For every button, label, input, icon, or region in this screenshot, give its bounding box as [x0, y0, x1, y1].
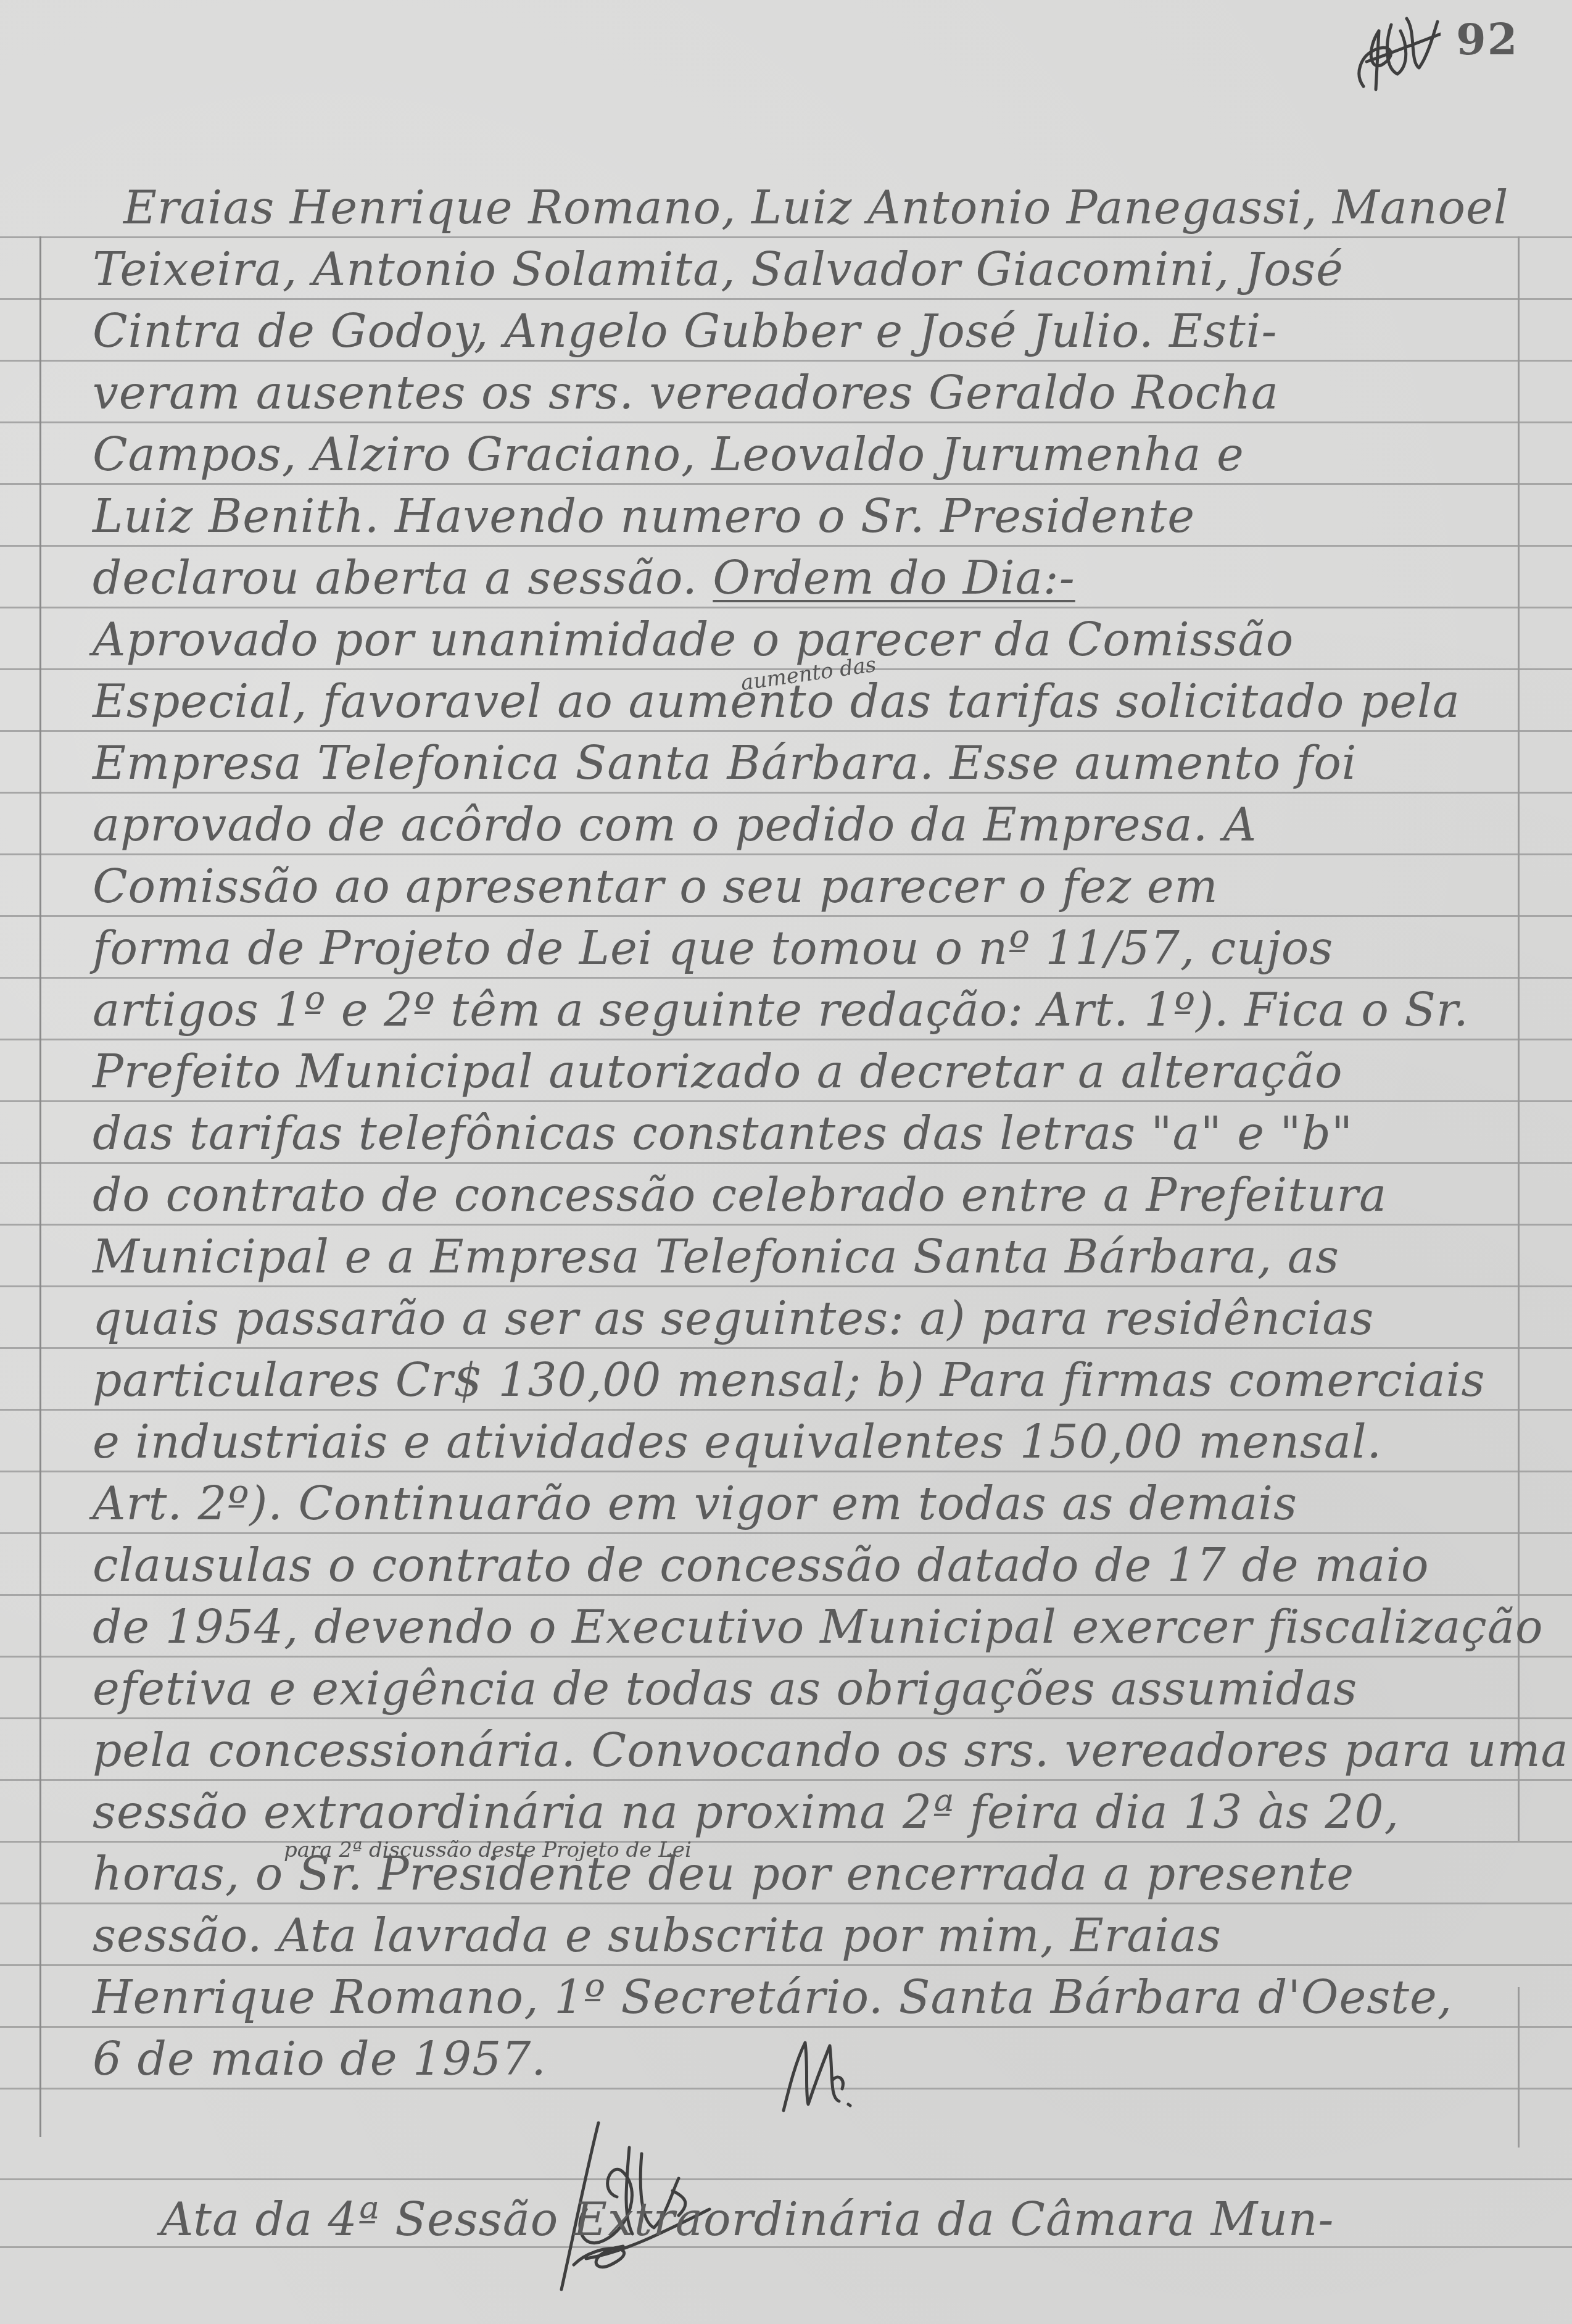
text-line-23: clausulas o contrato de concessão datado… — [93, 1543, 1512, 1588]
text-line-29: sessão. Ata lavrada e subscrita por mim,… — [93, 1913, 1512, 1959]
left-margin-line — [39, 236, 41, 2137]
text-line-20: particulares Cr$ 130,00 mensal; b) Para … — [93, 1358, 1512, 1403]
ruled-line — [0, 1532, 1572, 1534]
text-line-30: Henrique Romano, 1º Secretário. Santa Bá… — [93, 1975, 1512, 2020]
ruled-line — [0, 1471, 1572, 1472]
ruled-line — [0, 1779, 1572, 1781]
ruled-line — [0, 1964, 1572, 1966]
text-line-12: Comissão ao apresentar o seu parecer o f… — [93, 864, 1512, 910]
text-line-14: artigos 1º e 2º têm a seguinte redação: … — [93, 987, 1512, 1033]
text-line-9: Especial, favoravel ao aumento das tarif… — [93, 679, 1512, 724]
text-line-4: veram ausentes os srs. vereadores Gerald… — [93, 370, 1512, 416]
section-heading: Ordem do Dia:- — [713, 552, 1075, 605]
text-line-10: Empresa Telefonica Santa Bárbara. Esse a… — [93, 741, 1512, 786]
text-line-15: Prefeito Municipal autorizado a decretar… — [93, 1049, 1512, 1095]
text-line-5: Campos, Alziro Graciano, Leovaldo Jurume… — [93, 432, 1512, 478]
ruled-line — [0, 607, 1572, 608]
text-line-19: quais passarão a ser as seguintes: a) pa… — [93, 1296, 1512, 1342]
ruled-line — [0, 853, 1572, 855]
ruled-line — [0, 977, 1572, 979]
document-page: 92 aumento das Eraias Henrique Romano, L… — [0, 0, 1572, 2324]
ruled-line — [0, 1841, 1572, 1843]
ruled-line — [0, 2026, 1572, 2028]
text-line-21: e industriais e atividades equivalentes … — [93, 1419, 1512, 1465]
ruled-line — [0, 545, 1572, 547]
text-line-13: forma de Projeto de Lei que tomou o nº 1… — [93, 926, 1512, 971]
initials-after-date-icon — [771, 2030, 858, 2117]
ruled-line — [0, 1717, 1572, 1719]
text-line-6: Luiz Benith. Havendo numero o Sr. Presid… — [93, 494, 1512, 539]
ruled-line — [0, 483, 1572, 485]
ruled-line — [0, 1656, 1572, 1658]
ruled-line — [0, 360, 1572, 362]
ruled-line — [0, 1594, 1572, 1596]
ruled-line — [0, 1347, 1572, 1349]
ruled-line — [0, 1162, 1572, 1164]
ruled-line — [0, 1224, 1572, 1226]
ruled-line — [0, 792, 1572, 794]
ruled-line — [0, 1409, 1572, 1411]
text-line-3: Cintra de Godoy, Angelo Gubber e José Ju… — [93, 309, 1512, 354]
ruled-line — [0, 1100, 1572, 1102]
page-number: 92 — [1456, 14, 1518, 65]
text-line-8: Aprovado por unanimidade o parecer da Co… — [93, 617, 1512, 663]
right-margin-line — [1518, 236, 1520, 1841]
ruled-line — [0, 1039, 1572, 1040]
ruled-line — [0, 730, 1572, 732]
ruled-line — [0, 2246, 1572, 2248]
text-line-1: Eraias Henrique Romano, Luiz Antonio Pan… — [123, 185, 1542, 231]
ruled-line — [0, 2178, 1572, 2180]
text-line-17: do contrato de concessão celebrado entre… — [93, 1172, 1512, 1218]
text-line-28: horas, o Sr. Presidente deu por encerrad… — [93, 1851, 1512, 1897]
right-margin-line-lower — [1518, 1987, 1520, 2148]
ruled-line — [0, 236, 1572, 238]
text-line-25: efetiva e exigência de todas as obrigaçõ… — [93, 1666, 1512, 1712]
initials-signature-icon — [1348, 6, 1441, 93]
text-line-16: das tarifas telefônicas constantes das l… — [93, 1111, 1512, 1156]
ruled-line — [0, 1285, 1572, 1287]
text-line-18: Municipal e a Empresa Telefonica Santa B… — [93, 1234, 1512, 1280]
text-line-7: declarou aberta a sessão. Ordem do Dia:- — [93, 555, 1512, 601]
ruled-line — [0, 298, 1572, 300]
text-line-22: Art. 2º). Continuarão em vigor em todas … — [93, 1481, 1512, 1527]
text-line-27: sessão extraordinária na proxima 2ª feir… — [93, 1790, 1512, 1835]
text-line-2: Teixeira, Antonio Solamita, Salvador Gia… — [93, 247, 1512, 293]
ruled-line — [0, 421, 1572, 423]
text-line-26: pela concessionária. Convocando os srs. … — [93, 1728, 1512, 1774]
ruled-line — [0, 915, 1572, 917]
ruled-line — [0, 1903, 1572, 1904]
next-entry-line: Ata da 4ª Sessão Extraordinária da Câmar… — [160, 2197, 1572, 2243]
text-line-11: aprovado de acôrdo com o pedido da Empre… — [93, 802, 1512, 848]
text-line-24: de 1954, devendo o Executivo Municipal e… — [93, 1604, 1512, 1650]
